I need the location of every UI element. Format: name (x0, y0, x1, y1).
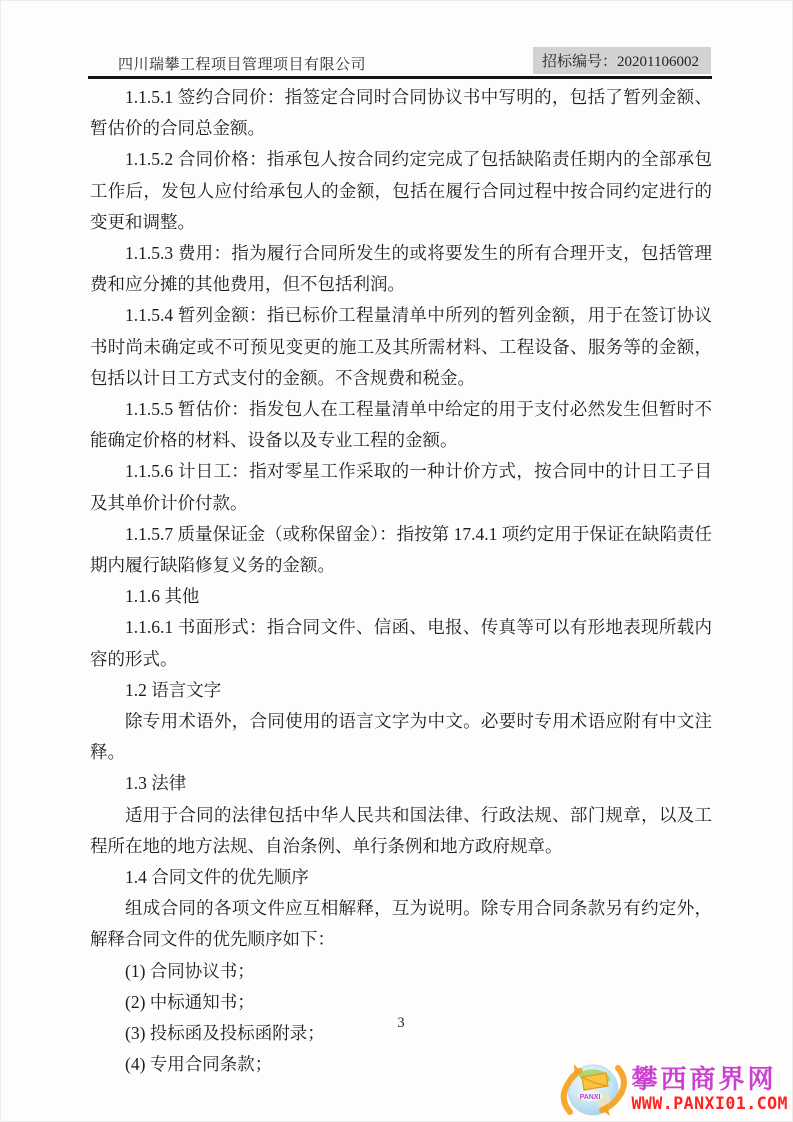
paragraph: 1.1.5.3 费用：指为履行合同所发生的或将要发生的所有合理开支，包括管理费和… (90, 238, 712, 300)
paragraph: (1) 合同协议书； (90, 956, 712, 987)
watermark-site-name: 攀西商界网 (631, 1066, 776, 1092)
document-body: 1.1.5.1 签约合同价：指签定合同时合同协议书中写明的，包括了暂列金额、暂估… (90, 82, 712, 1081)
paragraph: 1.1.5.4 暂列金额：指已标价工程量清单中所列的暂列金额，用于在签订协议书时… (90, 300, 712, 394)
document-page: 四川瑞攀工程项目管理项目有限公司 招标编号：20201106002 1.1.5.… (0, 0, 793, 1122)
paragraph: 1.2 语言文字 (90, 675, 712, 706)
globe-logo-icon: PANXI (560, 1060, 628, 1122)
paragraph: 除专用术语外，合同使用的语言文字为中文。必要时专用术语应附有中文注释。 (90, 706, 712, 768)
paragraph: 1.1.5.1 签约合同价：指签定合同时合同协议书中写明的，包括了暂列金额、暂估… (90, 82, 712, 144)
header-divider-rule (88, 76, 712, 79)
paragraph: 1.1.5.7 质量保证金（或称保留金）：指按第 17.4.1 项约定用于保证在… (90, 519, 712, 581)
paragraph: 1.1.5.5 暂估价：指发包人在工程量清单中给定的用于支付必然发生但暂时不能确… (90, 394, 712, 456)
paragraph: 1.3 法律 (90, 768, 712, 799)
paragraph: 1.1.5.2 合同价格：指承包人按合同约定完成了包括缺陷责任期内的全部承包工作… (90, 144, 712, 238)
paragraph: (2) 中标通知书； (90, 987, 712, 1018)
paragraph: 1.1.6.1 书面形式：指合同文件、信函、电报、传真等可以有形地表现所载内容的… (90, 612, 712, 674)
bid-number-highlight: 招标编号：20201106002 (533, 47, 711, 74)
paragraph: 1.1.5.6 计日工：指对零星工作采取的一种计价方式，按合同中的计日工子目及其… (90, 456, 712, 518)
watermark: PANXI 攀西商界网 WWW.PANXI01.COM (560, 1060, 788, 1122)
logo-text: PANXI (580, 1094, 601, 1101)
company-name: 四川瑞攀工程项目管理项目有限公司 (90, 53, 366, 74)
page-number: 3 (90, 1015, 712, 1032)
watermark-site-url: WWW.PANXI01.COM (631, 1096, 788, 1113)
watermark-text: 攀西商界网 WWW.PANXI01.COM (631, 1066, 788, 1116)
bid-label: 招标编号： (542, 54, 617, 70)
paragraph: 1.1.6 其他 (90, 581, 712, 612)
page-header: 四川瑞攀工程项目管理项目有限公司 招标编号：20201106002 (90, 48, 711, 74)
bid-number: 20201106002 (617, 54, 699, 70)
paragraph: 组成合同的各项文件应互相解释，互为说明。除专用合同条款另有约定外，解释合同文件的… (90, 893, 712, 955)
paragraph: 1.4 合同文件的优先顺序 (90, 862, 712, 893)
paragraph: 适用于合同的法律包括中华人民共和国法律、行政法规、部门规章，以及工程所在地的地方… (90, 800, 712, 862)
